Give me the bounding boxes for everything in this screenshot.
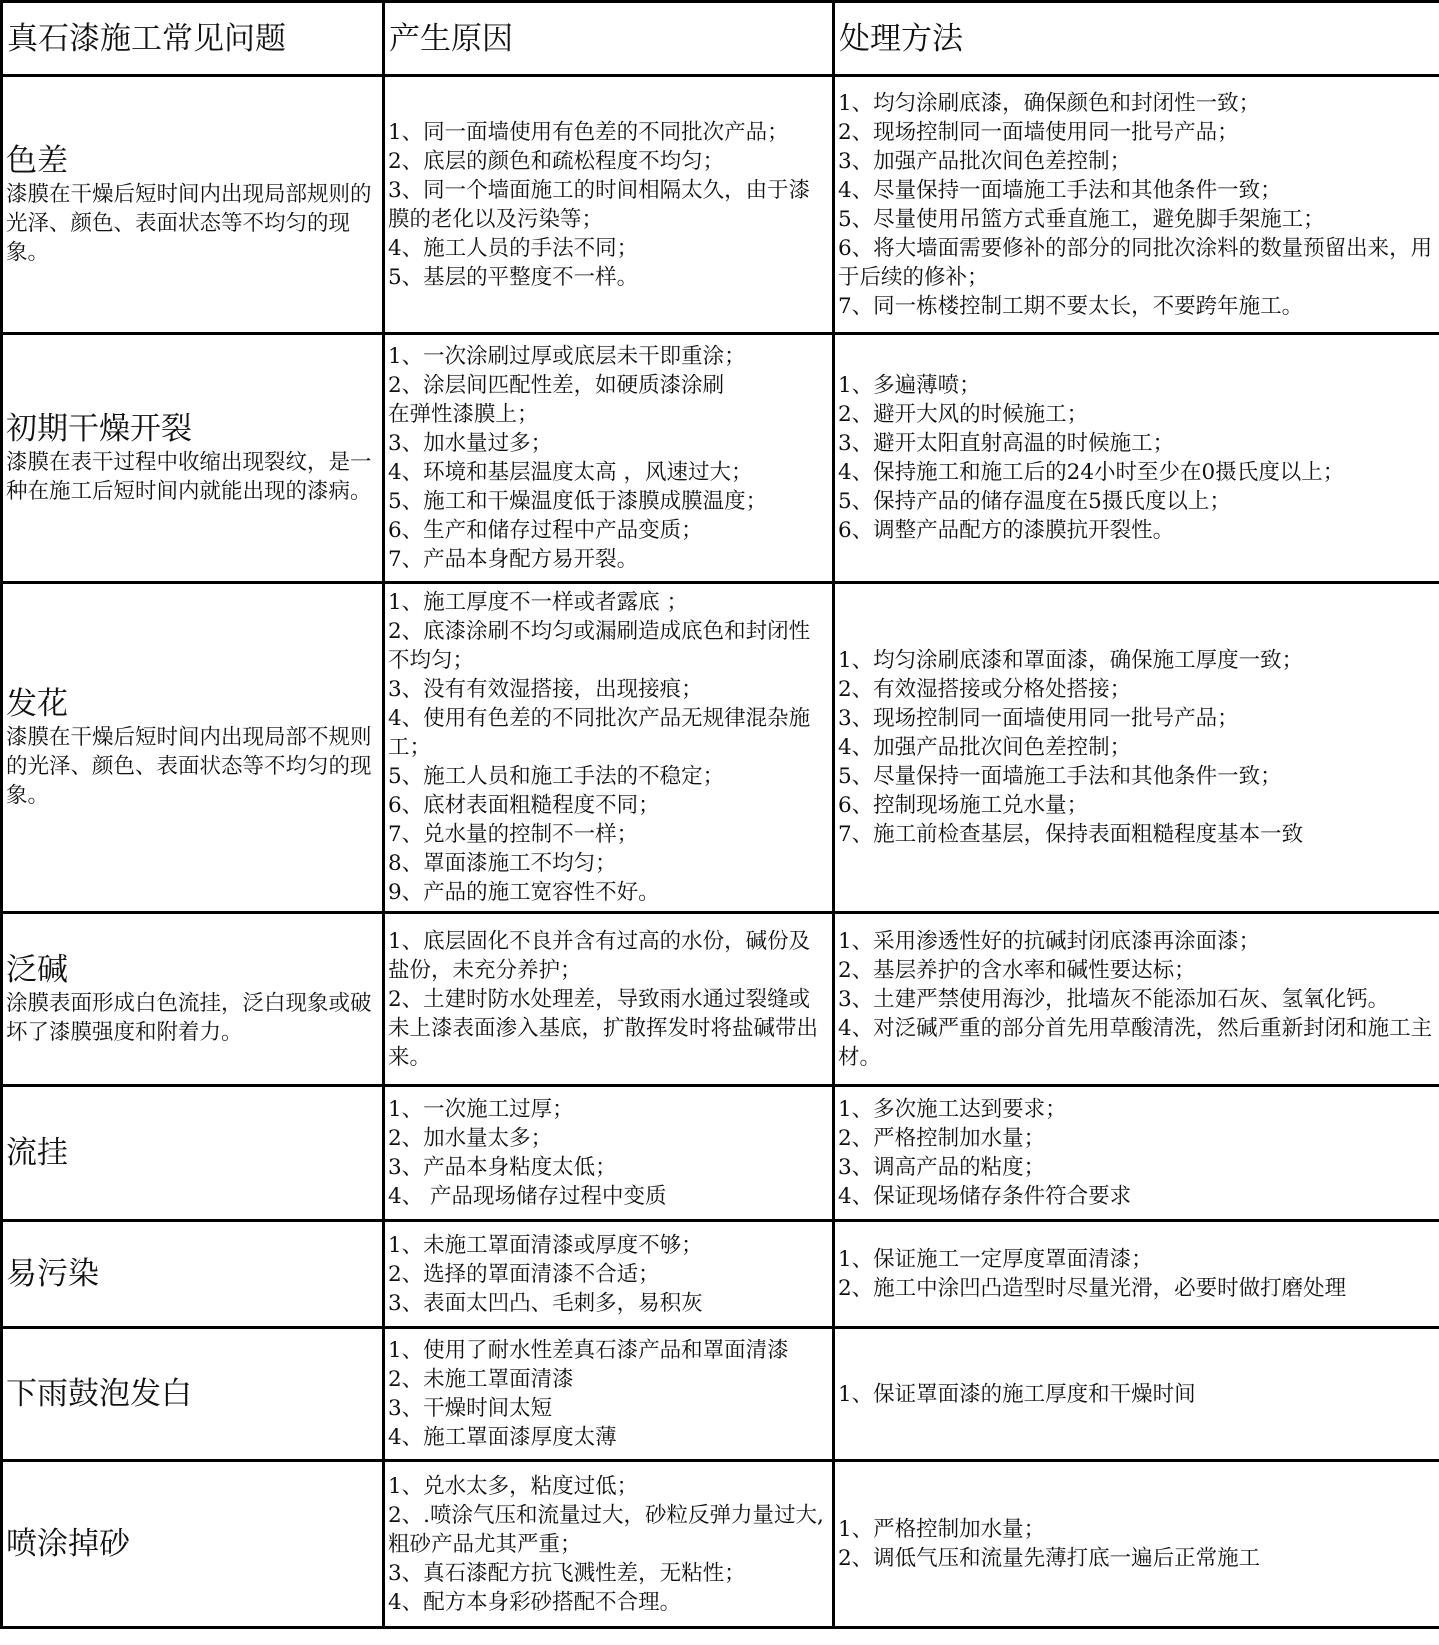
- cause-item: 3、加水量过多；: [388, 429, 830, 458]
- solution-item: 2、有效湿搭接或分格处搭接；: [838, 675, 1437, 704]
- solution-item: 3、加强产品批次间色差控制；: [838, 147, 1437, 176]
- solution-item: 7、同一栋楼控制工期不要太长，不要跨年施工。: [838, 292, 1437, 321]
- solution-item: 2、严格控制加水量；: [838, 1124, 1437, 1153]
- solution-cell: 1、严格控制加水量；2、调低气压和流量先薄打底一遍后正常施工: [834, 1461, 1439, 1628]
- header-problem: 真石漆施工常见问题: [2, 2, 384, 76]
- table-row: 发花漆膜在干燥后短时间内出现局部不规则的光泽、颜色、表面状态等不均匀的现象。1、…: [2, 583, 1439, 913]
- solution-cell: 1、保证罩面漆的施工厚度和干燥时间: [834, 1328, 1439, 1461]
- cause-cell: 1、施工厚度不一样或者露底 ；2、底漆涂刷不均匀或漏刷造成底色和封闭性不均匀；3…: [384, 583, 834, 913]
- solution-cell: 1、均匀涂刷底漆，确保颜色和封闭性一致；2、现场控制同一面墙使用同一批号产品；3…: [834, 76, 1439, 334]
- table-row: 易污染1、未施工罩面清漆或厚度不够；2、选择的罩面清漆不合适；3、表面太凹凸、毛…: [2, 1221, 1439, 1328]
- solution-item: 4、保持施工和施工后的24小时至少在0摄氏度以上；: [838, 458, 1437, 487]
- solution-item: 2、基层养护的含水率和碱性要达标；: [838, 956, 1437, 985]
- cause-cell: 1、一次涂刷过厚或底层未干即重涂；2、涂层间匹配性差，如硬质漆涂刷在弹性漆膜上；…: [384, 334, 834, 583]
- problem-description: 漆膜在表干过程中收缩出现裂纹，是一种在施工后短时间内就能出现的漆病。: [6, 448, 380, 506]
- solution-item: 1、均匀涂刷底漆和罩面漆，确保施工厚度一致；: [838, 646, 1437, 675]
- solution-item: 5、尽量保持一面墙施工手法和其他条件一致；: [838, 762, 1437, 791]
- solution-item: 1、保证罩面漆的施工厚度和干燥时间: [838, 1380, 1437, 1409]
- cause-item: 7、兑水量的控制不一样；: [388, 820, 830, 849]
- cause-item: 2、土建时防水处理差，导致雨水通过裂缝或未上漆表面渗入基底，扩散挥发时将盐碱带出…: [388, 985, 830, 1072]
- cause-item: 6、生产和储存过程中产品变质；: [388, 516, 830, 545]
- cause-item: 2、涂层间匹配性差，如硬质漆涂刷: [388, 371, 830, 400]
- problem-cell: 色差漆膜在干燥后短时间内出现局部规则的光泽、颜色、表面状态等不均匀的现象。: [2, 76, 384, 334]
- cause-item: 2、底漆涂刷不均匀或漏刷造成底色和封闭性不均匀；: [388, 617, 830, 675]
- cause-item: 4、使用有色差的不同批次产品无规律混杂施工；: [388, 704, 830, 762]
- cause-cell: 1、兑水太多，粘度过低；2、.喷涂气压和流量过大，砂粒反弹力量过大,粗砂产品尤其…: [384, 1461, 834, 1628]
- solution-cell: 1、采用渗透性好的抗碱封闭底漆再涂面漆；2、基层养护的含水率和碱性要达标；3、土…: [834, 913, 1439, 1086]
- solution-item: 3、现场控制同一面墙使用同一批号产品；: [838, 704, 1437, 733]
- solution-item: 6、控制现场施工兑水量；: [838, 791, 1437, 820]
- cause-item: 8、罩面漆施工不均匀；: [388, 849, 830, 878]
- cause-item: 6、底材表面粗糙程度不同；: [388, 791, 830, 820]
- cause-item: 1、施工厚度不一样或者露底 ；: [388, 588, 830, 617]
- cause-item: 7、产品本身配方易开裂。: [388, 545, 830, 574]
- table-row: 色差漆膜在干燥后短时间内出现局部规则的光泽、颜色、表面状态等不均匀的现象。1、同…: [2, 76, 1439, 334]
- problem-title: 下雨鼓泡发白: [6, 1375, 380, 1413]
- solution-item: 2、现场控制同一面墙使用同一批号产品；: [838, 118, 1437, 147]
- cause-item: 在弹性漆膜上；: [388, 400, 830, 429]
- solution-item: 2、调低气压和流量先薄打底一遍后正常施工: [838, 1544, 1437, 1573]
- cause-item: 4、施工罩面漆厚度太薄: [388, 1423, 830, 1452]
- cause-item: 1、同一面墙使用有色差的不同批次产品；: [388, 118, 830, 147]
- cause-item: 4、 产品现场储存过程中变质: [388, 1182, 830, 1211]
- cause-item: 1、兑水太多，粘度过低；: [388, 1472, 830, 1501]
- solution-item: 4、加强产品批次间色差控制；: [838, 733, 1437, 762]
- solution-item: 3、调高产品的粘度；: [838, 1153, 1437, 1182]
- cause-item: 1、一次涂刷过厚或底层未干即重涂；: [388, 342, 830, 371]
- table-row: 喷涂掉砂1、兑水太多，粘度过低；2、.喷涂气压和流量过大，砂粒反弹力量过大,粗砂…: [2, 1461, 1439, 1628]
- problem-cell: 下雨鼓泡发白: [2, 1328, 384, 1461]
- cause-item: 1、底层固化不良并含有过高的水份，碱份及盐份，未充分养护；: [388, 927, 830, 985]
- solution-item: 2、避开大风的时候施工；: [838, 400, 1437, 429]
- cause-item: 4、施工人员的手法不同；: [388, 234, 830, 263]
- solution-item: 4、保证现场储存条件符合要求: [838, 1182, 1437, 1211]
- solution-item: 1、保证施工一定厚度罩面清漆；: [838, 1245, 1437, 1274]
- cause-item: 2、选择的罩面清漆不合适；: [388, 1260, 830, 1289]
- cause-item: 1、一次施工过厚；: [388, 1095, 830, 1124]
- solution-item: 1、多遍薄喷；: [838, 371, 1437, 400]
- problem-cell: 喷涂掉砂: [2, 1461, 384, 1628]
- problem-title: 色差: [6, 142, 380, 180]
- problem-description: 漆膜在干燥后短时间内出现局部规则的光泽、颜色、表面状态等不均匀的现象。: [6, 180, 380, 267]
- cause-item: 5、基层的平整度不一样。: [388, 263, 830, 292]
- table-row: 初期干燥开裂漆膜在表干过程中收缩出现裂纹，是一种在施工后短时间内就能出现的漆病。…: [2, 334, 1439, 583]
- solution-item: 1、采用渗透性好的抗碱封闭底漆再涂面漆；: [838, 927, 1437, 956]
- cause-cell: 1、未施工罩面清漆或厚度不够；2、选择的罩面清漆不合适；3、表面太凹凸、毛刺多，…: [384, 1221, 834, 1328]
- cause-item: 2、加水量太多；: [388, 1124, 830, 1153]
- solution-item: 3、土建严禁使用海沙，批墙灰不能添加石灰、氢氧化钙。: [838, 985, 1437, 1014]
- header-solution: 处理方法: [834, 2, 1439, 76]
- problem-title: 易污染: [6, 1255, 380, 1293]
- solution-cell: 1、保证施工一定厚度罩面清漆；2、施工中涂凹凸造型时尽量光滑，必要时做打磨处理: [834, 1221, 1439, 1328]
- problem-title: 初期干燥开裂: [6, 410, 380, 448]
- solution-item: 1、多次施工达到要求；: [838, 1095, 1437, 1124]
- table-row: 泛碱涂膜表面形成白色流挂，泛白现象或破坏了漆膜强度和附着力。1、底层固化不良并含…: [2, 913, 1439, 1086]
- solution-item: 5、尽量使用吊篮方式垂直施工，避免脚手架施工；: [838, 205, 1437, 234]
- solution-cell: 1、均匀涂刷底漆和罩面漆，确保施工厚度一致；2、有效湿搭接或分格处搭接；3、现场…: [834, 583, 1439, 913]
- cause-item: 4、配方本身彩砂搭配不合理。: [388, 1588, 830, 1617]
- cause-item: 1、使用了耐水性差真石漆产品和罩面清漆: [388, 1336, 830, 1365]
- cause-cell: 1、一次施工过厚；2、加水量太多；3、产品本身粘度太低；4、 产品现场储存过程中…: [384, 1086, 834, 1221]
- cause-item: 3、产品本身粘度太低；: [388, 1153, 830, 1182]
- cause-item: 3、没有有效湿搭接，出现接痕；: [388, 675, 830, 704]
- cause-item: 9、产品的施工宽容性不好。: [388, 878, 830, 907]
- cause-item: 2、未施工罩面清漆: [388, 1365, 830, 1394]
- solution-item: 4、对泛碱严重的部分首先用草酸清洗，然后重新封闭和施工主材。: [838, 1014, 1437, 1072]
- cause-item: 3、真石漆配方抗飞溅性差，无粘性；: [388, 1559, 830, 1588]
- cause-cell: 1、底层固化不良并含有过高的水份，碱份及盐份，未充分养护；2、土建时防水处理差，…: [384, 913, 834, 1086]
- solution-cell: 1、多次施工达到要求；2、严格控制加水量；3、调高产品的粘度；4、保证现场储存条…: [834, 1086, 1439, 1221]
- problem-cell: 流挂: [2, 1086, 384, 1221]
- header-row: 真石漆施工常见问题 产生原因 处理方法: [2, 2, 1439, 76]
- problem-description: 漆膜在干燥后短时间内出现局部不规则的光泽、颜色、表面状态等不均匀的现象。: [6, 723, 380, 810]
- problem-cell: 初期干燥开裂漆膜在表干过程中收缩出现裂纹，是一种在施工后短时间内就能出现的漆病。: [2, 334, 384, 583]
- cause-item: 5、施工人员和施工手法的不稳定；: [388, 762, 830, 791]
- solution-item: 1、严格控制加水量；: [838, 1515, 1437, 1544]
- solution-item: 5、保持产品的储存温度在5摄氏度以上；: [838, 487, 1437, 516]
- problem-title: 流挂: [6, 1134, 380, 1172]
- cause-item: 4、环境和基层温度太高 ，风速过大；: [388, 458, 830, 487]
- solution-item: 2、施工中涂凹凸造型时尽量光滑，必要时做打磨处理: [838, 1274, 1437, 1303]
- header-cause: 产生原因: [384, 2, 834, 76]
- problem-title: 泛碱: [6, 951, 380, 989]
- solution-item: 1、均匀涂刷底漆，确保颜色和封闭性一致；: [838, 89, 1437, 118]
- problem-description: 涂膜表面形成白色流挂，泛白现象或破坏了漆膜强度和附着力。: [6, 989, 380, 1047]
- solution-cell: 1、多遍薄喷；2、避开大风的时候施工；3、避开太阳直射高温的时候施工；4、保持施…: [834, 334, 1439, 583]
- problem-cell: 泛碱涂膜表面形成白色流挂，泛白现象或破坏了漆膜强度和附着力。: [2, 913, 384, 1086]
- cause-item: 5、施工和干燥温度低于漆膜成膜温度；: [388, 487, 830, 516]
- cause-item: 3、同一个墙面施工的时间相隔太久，由于漆膜的老化以及污染等；: [388, 176, 830, 234]
- cause-cell: 1、同一面墙使用有色差的不同批次产品；2、底层的颜色和疏松程度不均匀；3、同一个…: [384, 76, 834, 334]
- problem-cell: 发花漆膜在干燥后短时间内出现局部不规则的光泽、颜色、表面状态等不均匀的现象。: [2, 583, 384, 913]
- solution-item: 7、施工前检查基层，保持表面粗糙程度基本一致: [838, 820, 1437, 849]
- table-row: 下雨鼓泡发白1、使用了耐水性差真石漆产品和罩面清漆2、未施工罩面清漆3、干燥时间…: [2, 1328, 1439, 1461]
- cause-item: 2、.喷涂气压和流量过大，砂粒反弹力量过大,粗砂产品尤其严重；: [388, 1501, 830, 1559]
- solution-item: 3、避开太阳直射高温的时候施工；: [838, 429, 1437, 458]
- cause-item: 3、表面太凹凸、毛刺多，易积灰: [388, 1289, 830, 1318]
- solution-item: 6、调整产品配方的漆膜抗开裂性。: [838, 516, 1437, 545]
- paint-problems-table: 真石漆施工常见问题 产生原因 处理方法 色差漆膜在干燥后短时间内出现局部规则的光…: [0, 0, 1439, 1629]
- cause-item: 3、干燥时间太短: [388, 1394, 830, 1423]
- problem-cell: 易污染: [2, 1221, 384, 1328]
- cause-item: 1、未施工罩面清漆或厚度不够；: [388, 1231, 830, 1260]
- table-body: 色差漆膜在干燥后短时间内出现局部规则的光泽、颜色、表面状态等不均匀的现象。1、同…: [2, 76, 1439, 1628]
- cause-cell: 1、使用了耐水性差真石漆产品和罩面清漆2、未施工罩面清漆3、干燥时间太短4、施工…: [384, 1328, 834, 1461]
- solution-item: 6、将大墙面需要修补的部分的同批次涂料的数量预留出来，用于后续的修补；: [838, 234, 1437, 292]
- cause-item: 2、底层的颜色和疏松程度不均匀；: [388, 147, 830, 176]
- solution-item: 4、尽量保持一面墙施工手法和其他条件一致；: [838, 176, 1437, 205]
- problem-title: 喷涂掉砂: [6, 1525, 380, 1563]
- table-row: 流挂1、一次施工过厚；2、加水量太多；3、产品本身粘度太低；4、 产品现场储存过…: [2, 1086, 1439, 1221]
- problem-title: 发花: [6, 685, 380, 723]
